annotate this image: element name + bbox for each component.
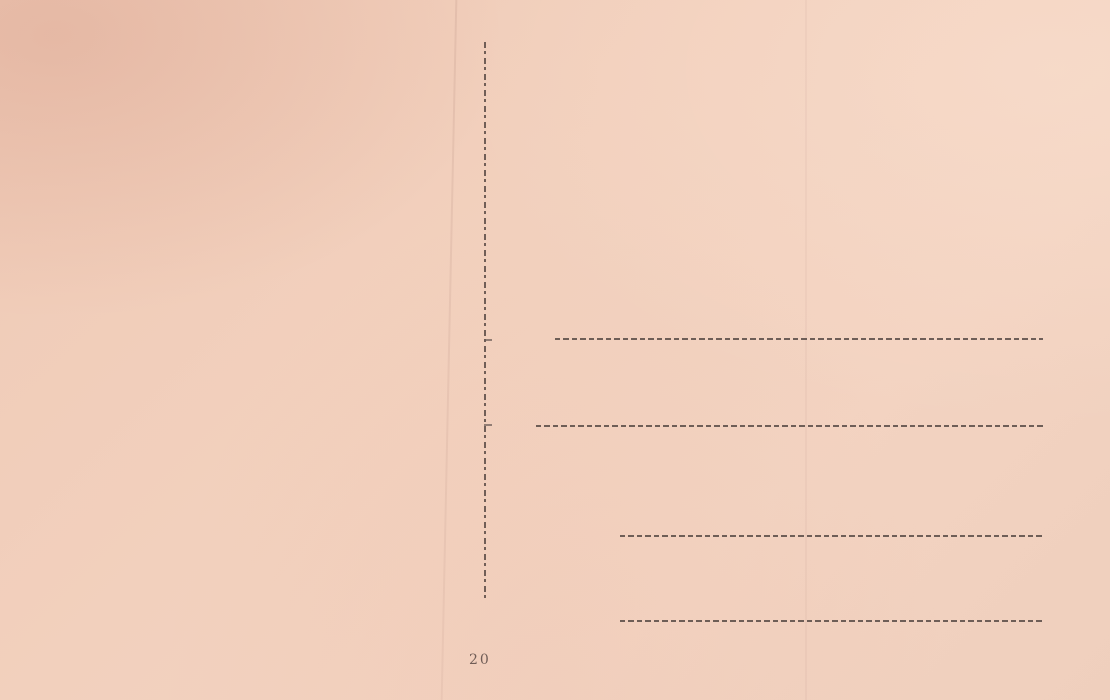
- paper-crease-faint: [805, 0, 807, 700]
- postcard-back: 20: [0, 0, 1110, 700]
- divider-tick: [484, 339, 492, 341]
- paper-crease: [441, 0, 458, 700]
- address-line-2: [536, 425, 1046, 427]
- center-divider-line: [484, 42, 486, 600]
- address-line-1: [555, 338, 1043, 340]
- print-number: 20: [469, 652, 491, 668]
- address-line-3: [620, 535, 1043, 537]
- divider-tick: [484, 424, 492, 426]
- address-line-4: [620, 620, 1043, 622]
